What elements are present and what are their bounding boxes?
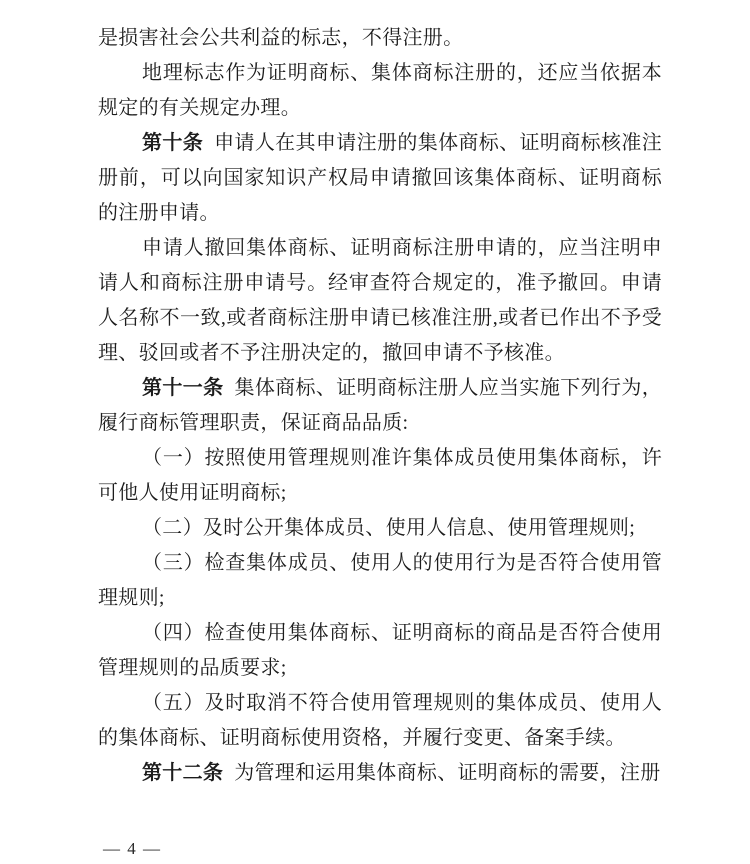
paragraph-text: （二）及时公开集体成员、使用人信息、使用管理规则; [142, 517, 635, 539]
paragraph: 第十二条为管理和运用集体商标、证明商标的需要，注册 [98, 756, 662, 791]
paragraph: 第十条申请人在其申请注册的集体商标、证明商标核准注册前，可以向国家知识产权局申请… [98, 126, 662, 231]
paragraph-text: 申请人撤回集体商标、证明商标注册申请的，应当注明申请人和商标注册申请号。经审查符… [98, 237, 662, 364]
paragraph-text: （三）检查集体成员、使用人的使用行为是否符合使用管理规则; [98, 552, 662, 609]
article-number: 第十一条 [142, 377, 223, 399]
paragraph: （二）及时公开集体成员、使用人信息、使用管理规则; [98, 511, 662, 546]
document-body: 是损害社会公共利益的标志，不得注册。 地理标志作为证明商标、集体商标注册的，还应… [98, 21, 662, 791]
document-page: 是损害社会公共利益的标志，不得注册。 地理标志作为证明商标、集体商标注册的，还应… [0, 0, 750, 864]
paragraph: （四）检查使用集体商标、证明商标的商品是否符合使用管理规则的品质要求; [98, 616, 662, 686]
paragraph: （五）及时取消不符合使用管理规则的集体成员、使用人的集体商标、证明商标使用资格，… [98, 686, 662, 756]
paragraph: 申请人撤回集体商标、证明商标注册申请的，应当注明申请人和商标注册申请号。经审查符… [98, 231, 662, 371]
paragraph-text: （四）检查使用集体商标、证明商标的商品是否符合使用管理规则的品质要求; [98, 622, 662, 679]
paragraph-text: （一）按照使用管理规则准许集体成员使用集体商标，许可他人使用证明商标; [98, 447, 662, 504]
paragraph: 第十一条集体商标、证明商标注册人应当实施下列行为，履行商标管理职责，保证商品品质… [98, 371, 662, 441]
paragraph-text: （五）及时取消不符合使用管理规则的集体成员、使用人的集体商标、证明商标使用资格，… [98, 692, 662, 749]
article-number: 第十二条 [142, 762, 223, 784]
paragraph-text: 是损害社会公共利益的标志，不得注册。 [98, 27, 463, 49]
article-number: 第十条 [142, 132, 203, 154]
paragraph-text: 地理标志作为证明商标、集体商标注册的，还应当依据本规定的有关规定办理。 [98, 62, 662, 119]
paragraph: 地理标志作为证明商标、集体商标注册的，还应当依据本规定的有关规定办理。 [98, 56, 662, 126]
paragraph-text: 为管理和运用集体商标、证明商标的需要，注册 [234, 762, 660, 784]
paragraph: 是损害社会公共利益的标志，不得注册。 [98, 21, 662, 56]
paragraph: （一）按照使用管理规则准许集体成员使用集体商标，许可他人使用证明商标; [98, 441, 662, 511]
paragraph: （三）检查集体成员、使用人的使用行为是否符合使用管理规则; [98, 546, 662, 616]
page-number: — 4 — [103, 839, 162, 858]
page-footer: — 4 — [103, 839, 162, 859]
